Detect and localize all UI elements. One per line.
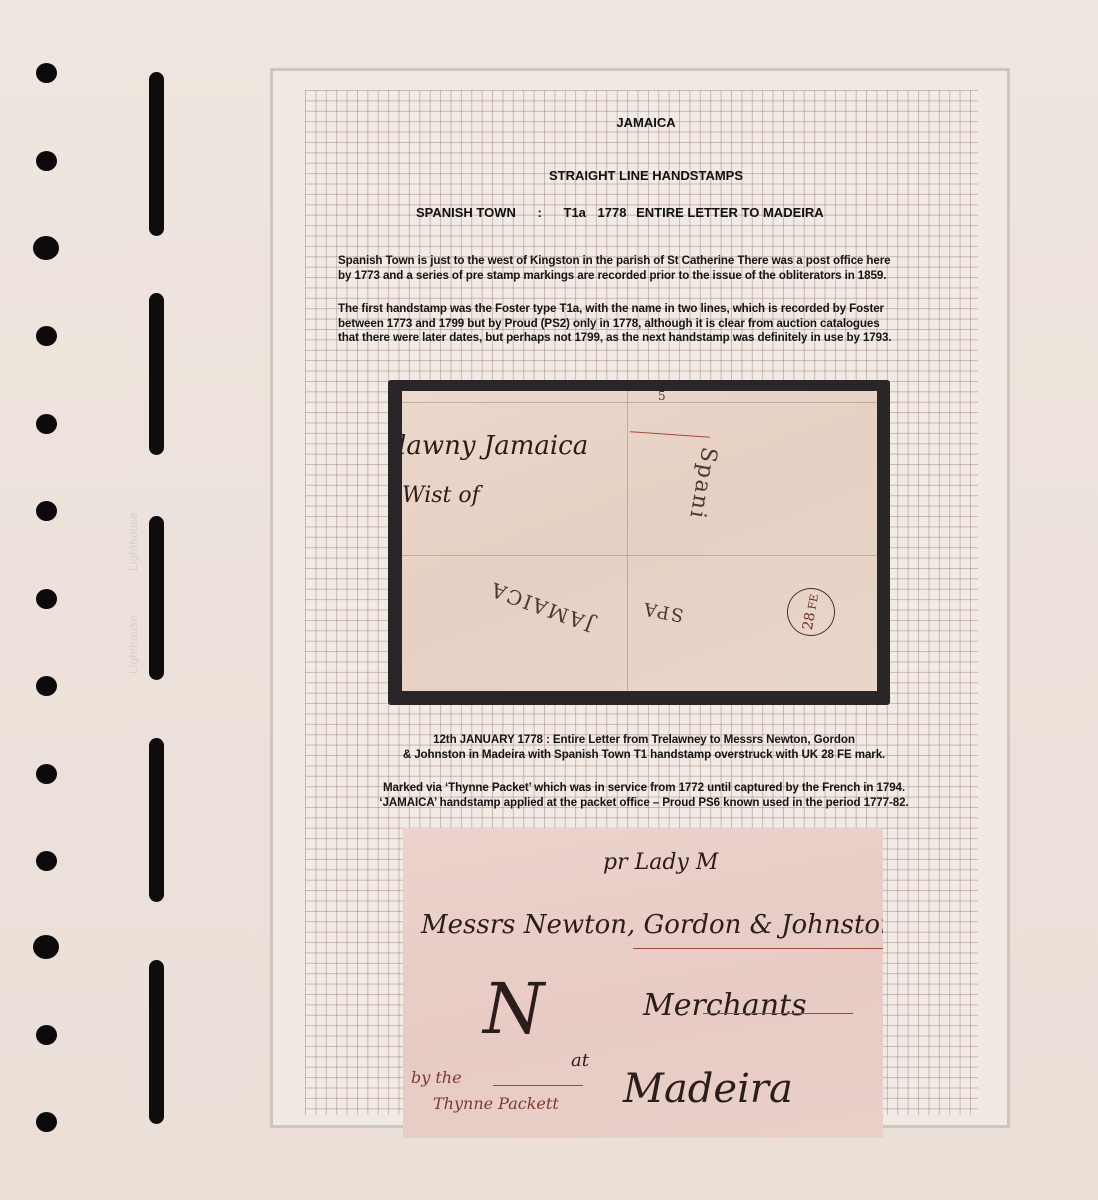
red-underline [493, 1085, 583, 1086]
red-seal-line [630, 431, 710, 438]
text-line: The first handstamp was the Foster type … [338, 302, 891, 317]
manuscript-initial: N [483, 968, 544, 1050]
routing-instruction: by the [411, 1068, 462, 1087]
manuscript-ship-line: pr Lady M [603, 850, 718, 875]
manuscript-line: lawny Jamaica [402, 431, 588, 461]
fold-line [402, 555, 877, 556]
red-underline [633, 948, 883, 949]
cover-back-sheet: 5 lawny Jamaica Wist of JAMAICA SPA Span… [402, 391, 877, 691]
page-heading: SPANISH TOWN : T1a 1778 ENTIRE LETTER TO… [416, 205, 824, 220]
caption-paragraph: 12th JANUARY 1778 : Entire Letter from T… [300, 733, 988, 762]
red-underline [703, 1013, 853, 1014]
heading-place: SPANISH TOWN [416, 205, 516, 220]
manuscript-merchants: Merchants [643, 988, 807, 1023]
intro-paragraph: Spanish Town is just to the west of King… [338, 254, 891, 283]
bishop-mark-day: 28 [800, 611, 819, 631]
intro-paragraph: The first handstamp was the Foster type … [338, 302, 891, 346]
spanish-town-stamp: SPA [640, 598, 685, 626]
text-line: & Johnston in Madeira with Spanish Town … [300, 748, 988, 763]
text-line: that there were later dates, but perhaps… [338, 331, 891, 346]
text-line: by 1773 and a series of pre stamp markin… [338, 269, 891, 284]
fold-line [402, 402, 877, 403]
text-line: Marked via ‘Thynne Packet’ which was in … [300, 781, 988, 796]
top-mark: 5 [658, 391, 668, 403]
text-line: Spanish Town is just to the west of King… [338, 254, 891, 269]
bishop-mark: 28 FE [783, 584, 839, 640]
jamaica-straight-line-stamp: JAMAICA [486, 577, 597, 637]
caption-paragraph: Marked via ‘Thynne Packet’ which was in … [300, 781, 988, 810]
text-line: between 1773 and 1799 but by Proud (PS2)… [338, 317, 891, 332]
cover-front-image: pr Lady M Messrs Newton, Gordon & Johnst… [403, 828, 883, 1138]
manuscript-destination: Madeira [623, 1066, 793, 1112]
spanish-town-stamp-partial: Spani [684, 445, 721, 522]
manuscript-line: Wist of [402, 483, 480, 508]
heading-description: ENTIRE LETTER TO MADEIRA [636, 205, 824, 220]
fold-line [627, 391, 628, 691]
heading-separator: : [538, 205, 542, 220]
heading-year: 1778 [598, 205, 627, 220]
manuscript-address-line: Messrs Newton, Gordon & Johnston [421, 910, 883, 940]
page-subtitle: STRAIGHT LINE HANDSTAMPS [286, 168, 1006, 183]
text-line: ‘JAMAICA’ handstamp applied at the packe… [300, 796, 988, 811]
routing-instruction: Thynne Packett [433, 1094, 559, 1113]
text-line: 12th JANUARY 1778 : Entire Letter from T… [300, 733, 988, 748]
manuscript-at: at [571, 1050, 589, 1071]
bishop-mark-month: FE [805, 593, 821, 611]
page-title: JAMAICA [286, 115, 1006, 130]
heading-type: T1a [564, 205, 586, 220]
cover-back-image: 5 lawny Jamaica Wist of JAMAICA SPA Span… [388, 380, 890, 705]
